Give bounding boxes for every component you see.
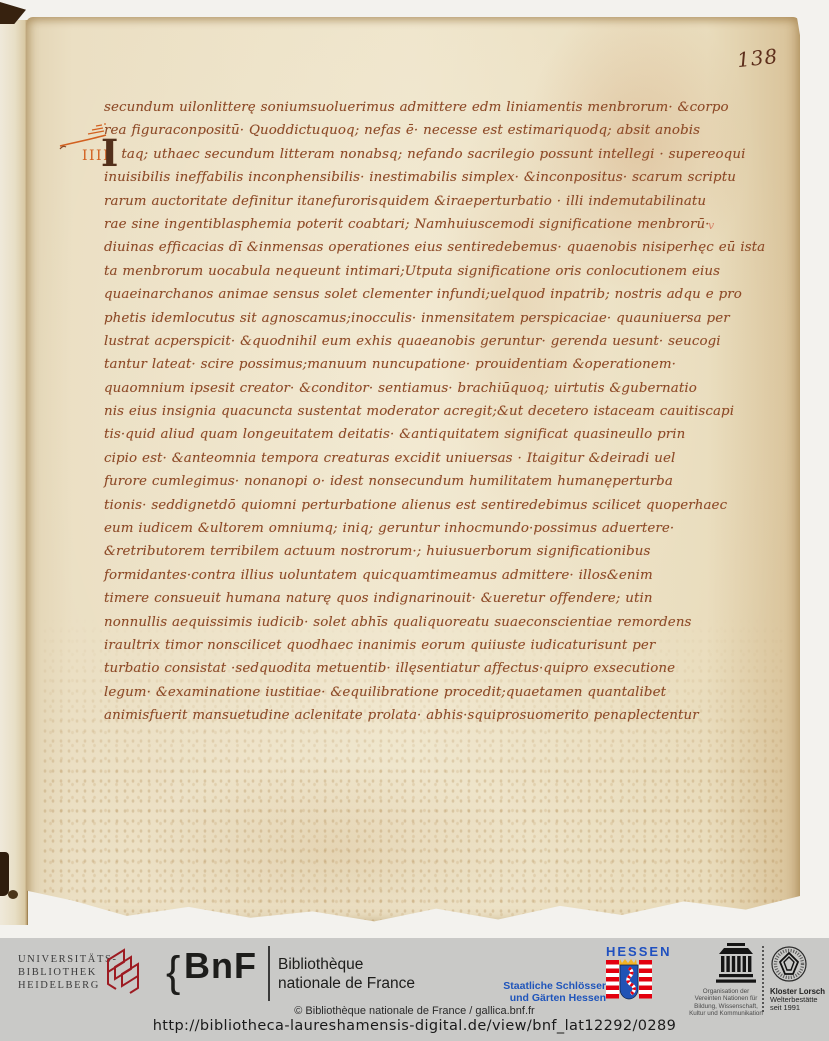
manuscript-line: rarum auctoritate definitur itanefuroris… (104, 190, 716, 213)
unesco-caption-line2: Vereinten Nationen für (683, 995, 769, 1002)
bnf-name-line2: nationale de France (278, 974, 415, 993)
manuscript-line: turbatio consistat ·sedquodita metuentib… (104, 657, 716, 680)
unesco-caption-line1: Organisation der (683, 988, 769, 995)
bnf-logo: BnF (184, 945, 257, 987)
bnf-brace-glyph: { (166, 947, 180, 997)
copyright-notice: © Bibliothèque nationale de France / gal… (0, 1005, 829, 1017)
manuscript-line: animisfuerit mansuetudine aclenitate pro… (104, 704, 716, 727)
manuscript-line: cipio est· &anteomnia tempora creaturas … (104, 447, 716, 470)
hessen-caption-line2: und Gärten Hessen (494, 993, 606, 1005)
kloster-lorsch-emblem-icon (770, 945, 808, 988)
source-url: http://bibliotheca-laureshamensis-digita… (0, 1018, 829, 1034)
folio-number: 138 (736, 44, 779, 72)
manuscript-line: iraultrix timor nonscilicet quodhaec ina… (104, 634, 716, 657)
manuscript-line: rae sine ingentiblasphemia poterit coabt… (104, 213, 716, 236)
manuscript-line: quaomnium ipsesit creator· &conditor· se… (104, 377, 716, 400)
manuscript-line: inuisibilis ineffabilis inconphensibilis… (104, 166, 716, 189)
manuscript-line: eum iudicem &ultorem omniumq; iniq; geru… (104, 517, 716, 540)
hessen-caption: Staatliche Schlösser und Gärten Hessen (494, 981, 606, 1004)
digitized-manuscript-viewer: 138 IIII v secundum uilonlitterę soniums… (0, 0, 829, 1041)
previous-page-edge (0, 20, 28, 925)
footer-dotted-divider (762, 946, 764, 1012)
hessen-caption-line1: Staatliche Schlösser (494, 981, 606, 993)
bnf-name-line1: Bibliothèque (278, 955, 415, 974)
bnf-divider (268, 946, 270, 1001)
manuscript-line: lustrat acperspicit· &quodnihil eum exhi… (104, 330, 716, 353)
hessen-coat-of-arms-icon (606, 958, 652, 1008)
manuscript-line: rea figuraconpositū· Quoddictuquoq; nefa… (104, 119, 716, 142)
manuscript-line: formidantes·contra illius uoluntatem qui… (104, 564, 716, 587)
manuscript-line: quaeinarchanos animae sensus solet cleme… (104, 283, 716, 306)
manuscript-line: diuinas efficacias dī &inmensas operatio… (104, 236, 716, 259)
manuscript-line: tantur lateat· scire possimus;manuum nun… (104, 353, 716, 376)
binding-shadow-spot (8, 890, 18, 899)
manuscript-line: tis·quid aliud quam longeuitatem deitati… (104, 423, 716, 446)
manuscript-line: Itaq; uthaec secundum litteram nonabsq; … (104, 143, 716, 166)
manuscript-line: &retributorem terribilem actuum nostroru… (104, 540, 716, 563)
manuscript-line: ta menbrorum uocabula nequeunt intimari;… (104, 260, 716, 283)
manuscript-line: furore cumlegimus· nonanopi o· idest non… (104, 470, 716, 493)
manuscript-line: nis eius insignia quacuncta sustentat mo… (104, 400, 716, 423)
manuscript-line: legum· &examinatione iustitiae· &equilib… (104, 681, 716, 704)
hessen-wordmark: HESSEN (606, 944, 671, 959)
heidelberg-books-icon (102, 942, 148, 1005)
binding-shadow-bottom (0, 852, 9, 896)
manuscript-line: secundum uilonlitterę soniumsuoluerimus … (104, 96, 716, 119)
manuscript-line: nonnullis aequissimis iudicib· solet abh… (104, 611, 716, 634)
manuscript-line: phetis idemlocutus sit agnoscamus;inoccu… (104, 307, 716, 330)
manuscript-line: timere consueuit humana naturę quos indi… (104, 587, 716, 610)
unesco-temple-icon (715, 943, 757, 992)
manuscript-line: tionis· seddignetdō quiomni perturbation… (104, 494, 716, 517)
bnf-name: Bibliothèque nationale de France (278, 955, 415, 993)
manuscript-text-block: secundum uilonlitterę soniumsuoluerimus … (104, 96, 716, 728)
